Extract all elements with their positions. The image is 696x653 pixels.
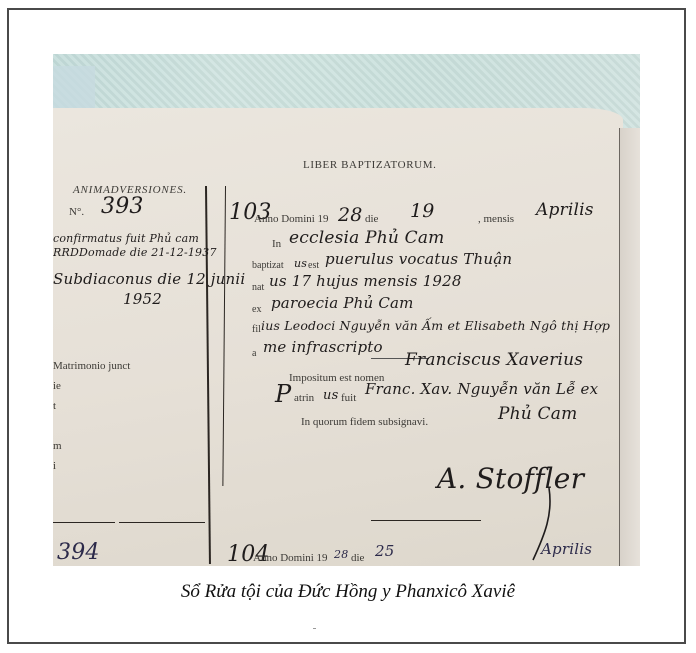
patrin-initial: P <box>275 380 291 408</box>
die-value: 19 <box>410 200 435 222</box>
printed-fragment: t <box>53 400 56 412</box>
left-rule-2 <box>119 522 205 523</box>
est-label: est <box>308 260 319 271</box>
note-confirmation-date: RRDDomade die 21-12-1937 <box>53 246 217 259</box>
next-die-value: 25 <box>375 542 395 560</box>
nat-label: nat <box>252 282 264 293</box>
baptized-child: puerulus vocatus Thuận <box>325 250 512 268</box>
matrimonio-label: Matrimonio junct <box>53 360 130 372</box>
note-confirmation: confirmatus fuit Phủ cam <box>53 232 199 245</box>
next-mensis-value: Aprilis <box>541 540 592 558</box>
patrin-suffix: us <box>323 388 338 403</box>
photo-caption: Sổ Rửa tội của Đức Hồng y Phanxicô Xaviê <box>0 581 696 603</box>
officiant-value: me infrascripto <box>263 338 383 356</box>
die-label: die <box>365 213 378 225</box>
entry-rule <box>371 520 481 521</box>
printed-fragment: i <box>53 460 56 472</box>
note-subdiaconus-year: 1952 <box>123 290 162 308</box>
note-subdiaconus: Subdiaconus die 12 junii <box>53 270 245 288</box>
page-edge <box>619 128 640 566</box>
birth-date: us 17 hujus mensis 1928 <box>269 272 462 290</box>
baptizat-label: baptizat <box>252 260 284 271</box>
godfather-parish: Phủ Cam <box>498 404 577 424</box>
register-title: LIBER BAPTIZATORUM. <box>303 159 436 171</box>
register-photo: LIBER BAPTIZATORUM. ANIMADVERSIONES. N°.… <box>53 54 640 566</box>
parents-value: ius Leodoci Nguyễn văn Ấm et Elisabeth N… <box>261 318 610 333</box>
next-anno-label: Anno Domini 19 <box>253 552 328 564</box>
church-value: ecclesia Phủ Cam <box>289 228 445 248</box>
given-name: Franciscus Xaverius <box>405 350 583 370</box>
in-label: In <box>272 238 281 250</box>
printed-fragment: m <box>53 440 62 452</box>
ex-label: ex <box>252 304 261 315</box>
next-die-label: die <box>351 552 364 564</box>
decorative-dot <box>313 628 316 629</box>
mensis-value: Aprilis <box>536 200 594 220</box>
anno-label: Anno Domini 19 <box>254 213 329 225</box>
next-anno-value: 28 <box>334 548 348 561</box>
entry-number-left: 393 <box>101 194 144 219</box>
printed-fragment: ie <box>53 380 61 392</box>
godfather-value: Franc. Xav. Nguyễn văn Lễ ex <box>365 380 598 398</box>
left-rule-1 <box>53 522 115 523</box>
next-entry-number-left: 394 <box>57 540 100 565</box>
anno-value: 28 <box>338 204 363 226</box>
mensis-label: , mensis <box>478 213 514 225</box>
patrin-label: atrin <box>294 392 314 404</box>
quorum-label: In quorum fidem subsignavi. <box>301 416 428 428</box>
parish-value: paroecia Phủ Cam <box>271 294 414 312</box>
a-label: a <box>252 348 256 359</box>
fuit-label: fuit <box>341 392 356 404</box>
number-label: N°. <box>69 206 84 218</box>
fil-label: fil <box>252 324 261 335</box>
priest-signature: A. Stoffler <box>437 462 584 495</box>
baptizat-suffix: us <box>294 257 307 270</box>
